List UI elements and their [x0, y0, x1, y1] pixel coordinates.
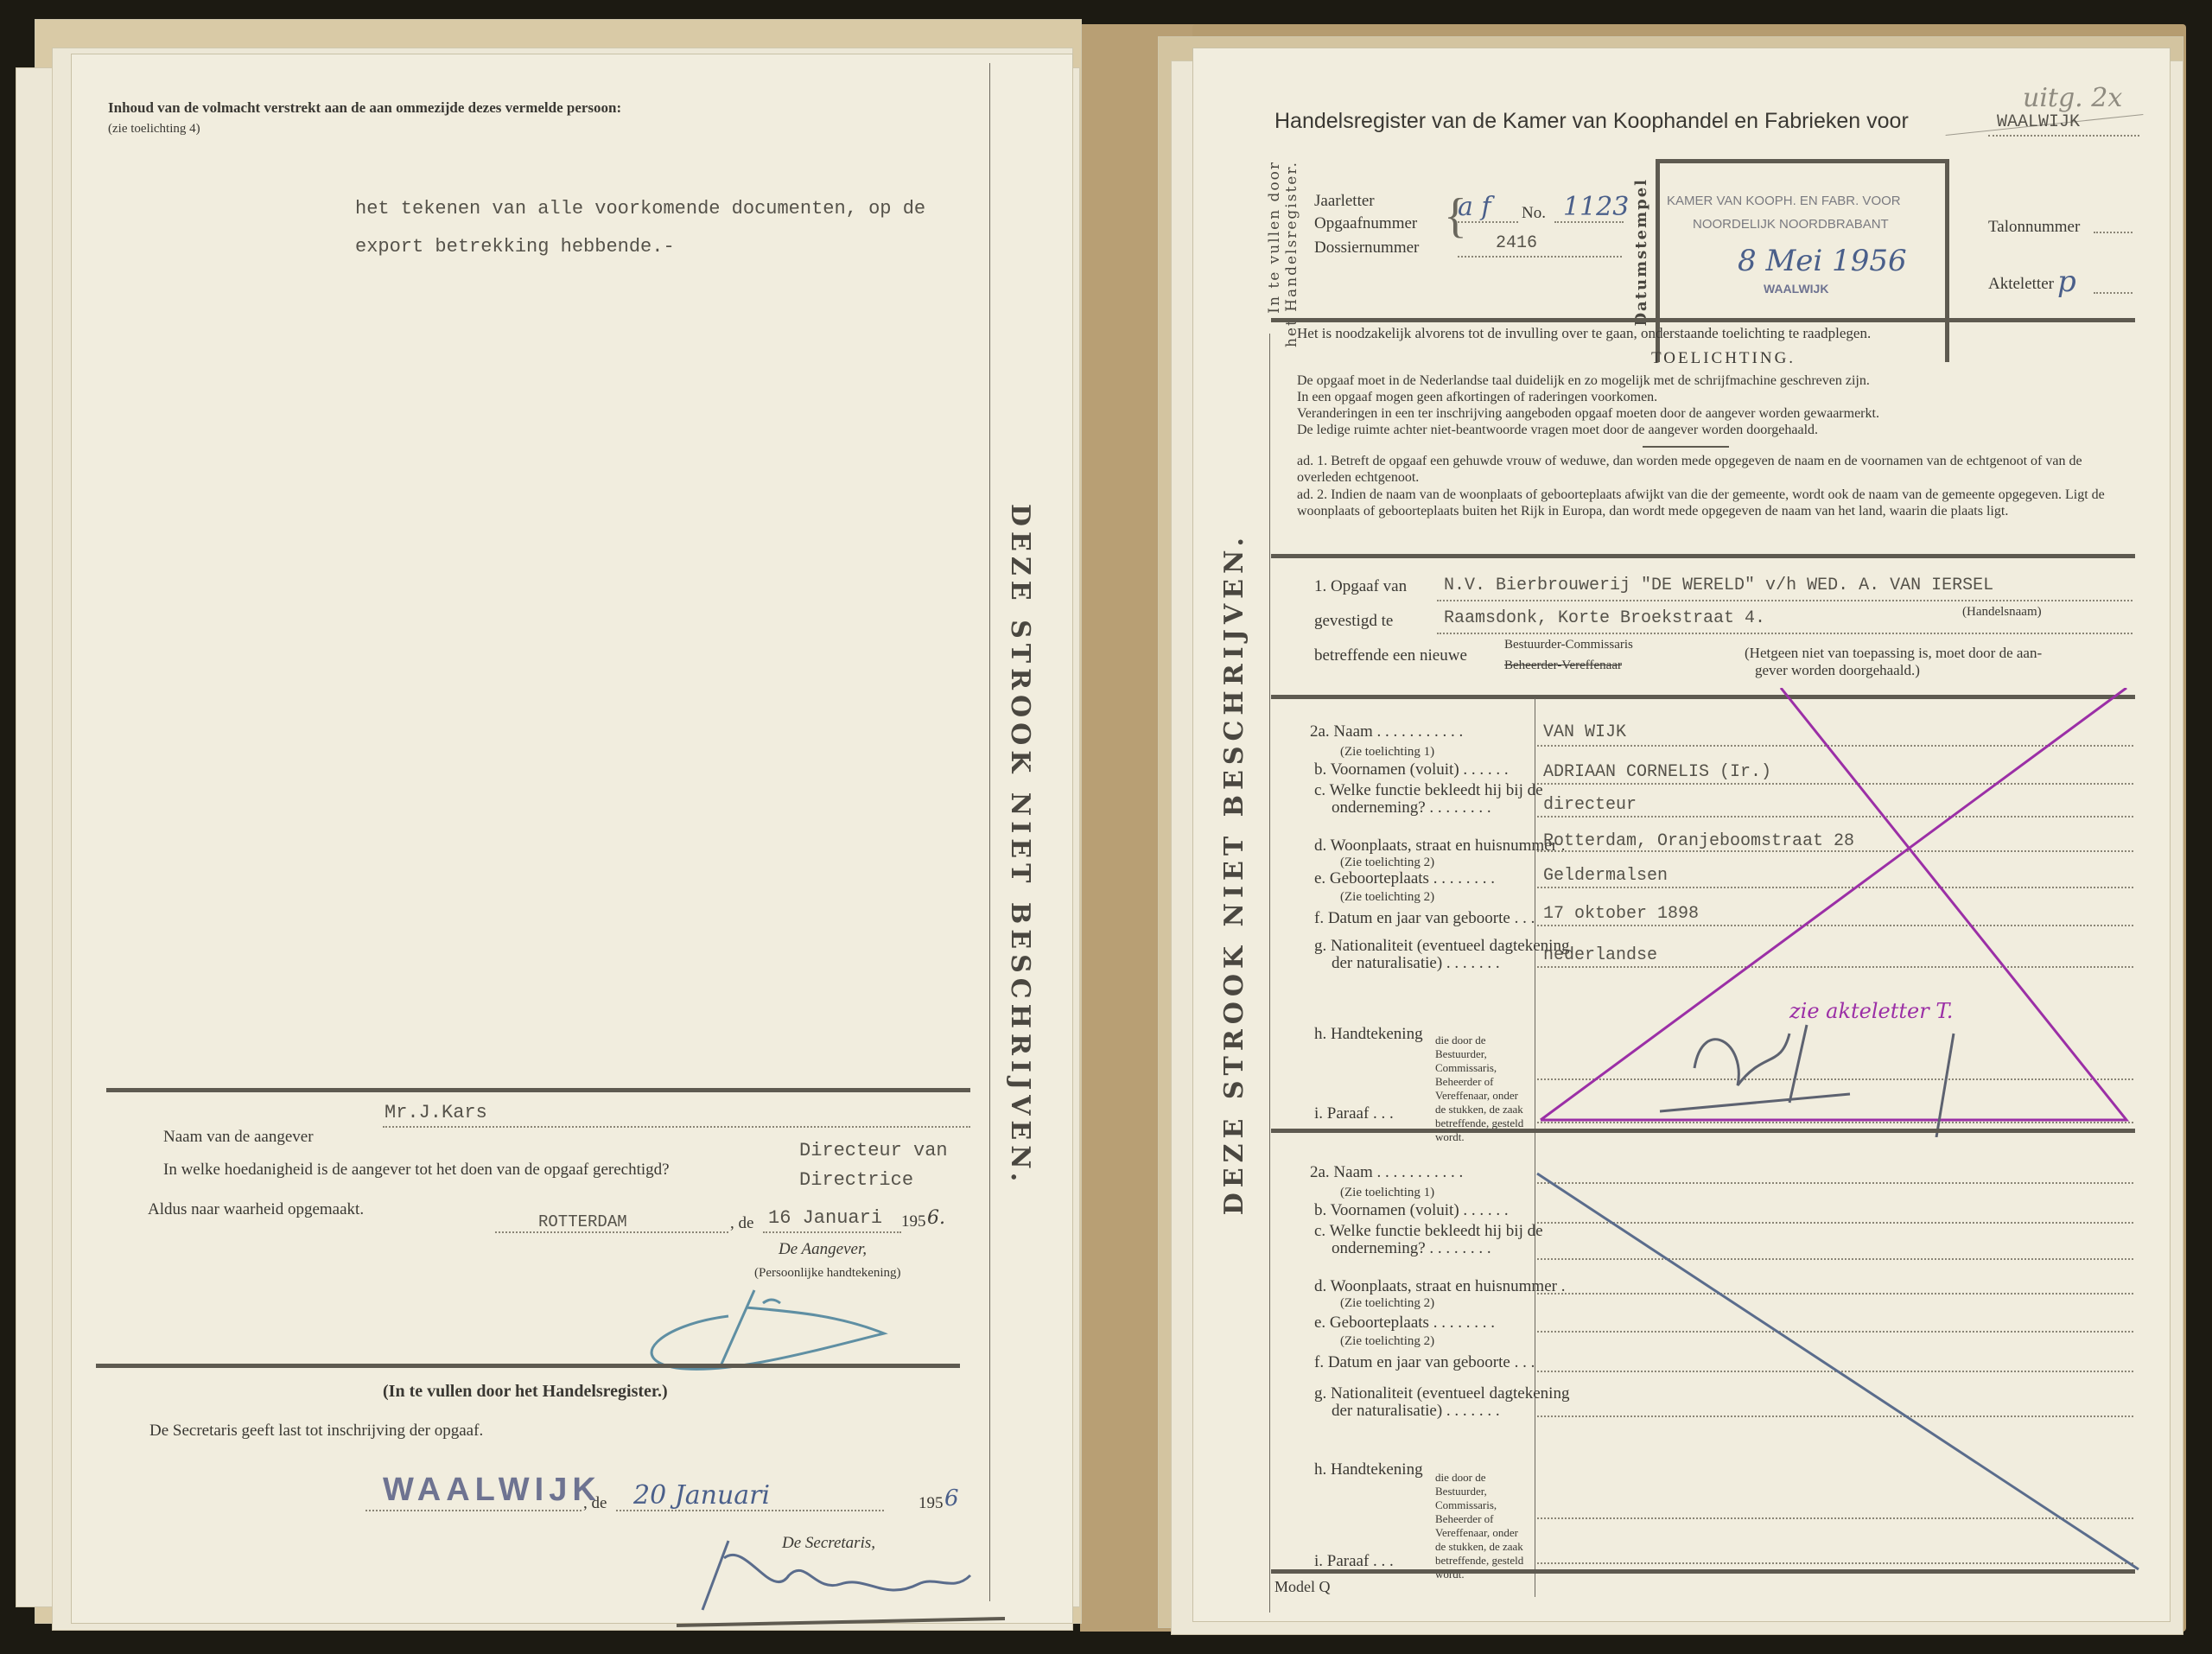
label-handtekening: h. Handtekening [1314, 1460, 1423, 1479]
dossiernummer-value: 2416 [1496, 233, 1537, 253]
label-naam-note: (Zie toelichting 1) [1340, 1186, 1434, 1200]
strip-warning: DEZE STROOK NIET BESCHRIJVEN. [1219, 532, 1249, 1215]
opgaaf-label: 1. Opgaaf van [1314, 577, 1407, 596]
registry-heading: (In te vullen door het Handelsregister.) [383, 1382, 668, 1402]
registry-year-prefix: 195 [918, 1494, 944, 1513]
toelichting-paragraph: De opgaaf moet in de Nederlandse taal du… [1297, 373, 1870, 389]
place-line [495, 1231, 728, 1233]
label-paraaf: i. Paraaf . . . [1314, 1104, 1394, 1123]
side-label-1: In te vullen door [1266, 161, 1283, 314]
handelsnaam-note: (Handelsnaam) [1962, 605, 2042, 620]
declaration-year-prefix: 195 [901, 1212, 926, 1231]
declarant-name-label: Naam van de aangever [163, 1128, 314, 1147]
label-functie-2: onderneming? . . . . . . . . [1332, 1239, 1491, 1258]
right-page: uitg. 2x Handelsregister van de Kamer va… [1192, 48, 2171, 1622]
opgaaf-value: N.V. Bierbrouwerij "DE WERELD" v/h WED. … [1444, 576, 1993, 595]
declarant-signature [625, 1282, 918, 1377]
label-nationaliteit: g. Nationaliteit (eventueel dagtekening [1314, 1384, 1569, 1403]
model-label: Model Q [1274, 1578, 1331, 1596]
left-page: Inhoud van de volmacht verstrekt aan de … [71, 54, 1073, 1624]
label-woonplaats-note: (Zie toelichting 2) [1340, 1296, 1434, 1311]
opgaafnummer-value: 1123 [1563, 192, 1629, 222]
label-naam: 2a. Naam . . . . . . . . . . . [1310, 1163, 1463, 1182]
opgaafnummer-label: Opgaafnummer [1314, 214, 1417, 233]
capacity-value-1: Directeur van [799, 1140, 948, 1161]
registry-place-line [365, 1510, 582, 1511]
stamp-date: 8 Mei 1956 [1738, 244, 1907, 278]
label-geboorteplaats-note: (Zie toelichting 2) [1340, 890, 1434, 905]
opgaaf-line [1437, 600, 2133, 601]
divider [1271, 1569, 2135, 1574]
declarant-name-line [383, 1126, 970, 1128]
gevestigd-line [1437, 633, 2133, 634]
label-woonplaats: d. Woonplaats, straat en huisnummer . [1314, 1277, 1565, 1296]
label-voornamen: b. Voornamen (voluit) . . . . . . [1314, 1201, 1509, 1220]
secretary-signature [642, 1524, 1005, 1627]
option-note-2: gever worden doorgehaald.) [1755, 662, 1920, 679]
label-geboortedatum: f. Datum en jaar van geboorte . . . [1314, 1353, 1535, 1372]
declaration-place: ROTTERDAM [538, 1212, 627, 1231]
label-naam: 2a. Naam . . . . . . . . . . . [1310, 722, 1463, 741]
label-nationaliteit-2: der naturalisatie) . . . . . . . [1332, 954, 1500, 973]
truth-statement: Aldus naar waarheid opgemaakt. [148, 1200, 364, 1219]
volmacht-note: (zie toelichting 4) [108, 122, 200, 137]
dossiernummer-label: Dossiernummer [1314, 239, 1419, 258]
capacity-value-2: Directrice [799, 1169, 913, 1191]
label-geboortedatum: f. Datum en jaar van geboorte . . . [1314, 909, 1535, 928]
label-geboorteplaats: e. Geboorteplaats . . . . . . . . [1314, 1314, 1495, 1333]
toelichting-paragraph: In een opgaaf mogen geen afkortingen of … [1297, 390, 1657, 405]
strip-border [989, 63, 990, 1601]
label-woonplaats-note: (Zie toelichting 2) [1340, 856, 1434, 870]
registry-year-suffix: 6 [944, 1485, 959, 1511]
jaarletter-value: a f [1458, 192, 1491, 222]
registry-date: 20 Januari [633, 1480, 770, 1511]
pencil-annotation: uitg. 2x [2023, 83, 2122, 113]
form-title: Handelsregister van de Kamer van Koophan… [1274, 109, 1909, 134]
gevestigd-label: gevestigd te [1314, 612, 1393, 631]
person1-cancel-cross [1522, 688, 2144, 1137]
label-functie-2: onderneming? . . . . . . . . [1332, 798, 1491, 817]
strip-warning: DEZE STROOK NIET BESCHRIJVEN. [1005, 504, 1035, 1186]
title-place: WAALWIJK [1997, 112, 2080, 132]
option-note-1: (Hetgeen niet van toepassing is, moet do… [1745, 645, 2042, 662]
akteletter-line [2094, 292, 2133, 294]
divider [1271, 554, 2135, 558]
date-line [763, 1231, 901, 1233]
toelichting-ad1: ad. 1. Betreft de opgaaf een gehuwde vro… [1297, 453, 2135, 486]
label-functie: c. Welke functie bekleedt hij bij de [1314, 1222, 1543, 1241]
de-label: , de [730, 1214, 753, 1233]
betreffende-label: betreffende een nieuwe [1314, 646, 1467, 665]
dossiernummer-line [1458, 256, 1622, 258]
toelichting-paragraph: Veranderingen in een ter inschrijving aa… [1297, 406, 1879, 422]
stamp-place: WAALWIJK [1764, 282, 1828, 296]
talonnummer-line [2094, 232, 2133, 233]
notice-text: Het is noodzakelijk alvorens tot de invu… [1297, 325, 1871, 342]
divider [96, 1364, 960, 1368]
person2-strike-line [1535, 1172, 2140, 1578]
capacity-label: In welke hoedanigheid is de aangever tot… [163, 1161, 670, 1180]
stamp-side-label: Datumstempel [1632, 178, 1650, 327]
label-handtekening-note: die door de Bestuurder, Commissaris, Beh… [1435, 1034, 1529, 1144]
toelichting-heading: TOELICHTING. [1651, 349, 1796, 368]
talonnummer-label: Talonnummer [1988, 218, 2080, 237]
stamp-line-1: KAMER VAN KOOPH. EN FABR. VOOR [1667, 194, 1901, 208]
divider [1271, 318, 2135, 322]
no-label: No. [1522, 204, 1546, 223]
stamp-line-2: NOORDELIJK NOORDBRABANT [1693, 217, 1889, 232]
label-paraaf: i. Paraaf . . . [1314, 1552, 1394, 1571]
gevestigd-value: Raamsdonk, Korte Broekstraat 4. [1444, 608, 1765, 628]
toelichting-ad2: ad. 2. Indien de naam van de woonplaats … [1297, 487, 2135, 519]
registry-de-label: , de [583, 1494, 607, 1513]
label-functie: c. Welke functie bekleedt hij bij de [1314, 781, 1543, 800]
akteletter-value: p [2057, 264, 2076, 299]
declarant-signer-note: (Persoonlijke handtekening) [754, 1266, 901, 1281]
label-voornamen: b. Voornamen (voluit) . . . . . . [1314, 760, 1509, 779]
registry-place-stamp: WAALWIJK [383, 1472, 601, 1509]
volmacht-title: Inhoud van de volmacht verstrekt aan de … [108, 99, 621, 117]
divider [106, 1088, 970, 1092]
declaration-year-suffix: 6. [927, 1207, 945, 1229]
divider [1271, 1129, 2135, 1133]
akteletter-label: Akteletter [1988, 275, 2054, 294]
label-geboorteplaats: e. Geboorteplaats . . . . . . . . [1314, 869, 1495, 888]
option-1: Bestuurder-Commissaris [1504, 638, 1633, 652]
strip-border [1269, 334, 1270, 1613]
toelichting-paragraph: De ledige ruimte achter niet-beantwoorde… [1297, 423, 1818, 438]
mandate-line-2: export betrekking hebbende.- [355, 236, 675, 258]
declaration-date: 16 Januari [768, 1207, 882, 1229]
label-nationaliteit-2: der naturalisatie) . . . . . . . [1332, 1402, 1500, 1421]
declarant-name-value: Mr.J.Kars [385, 1102, 487, 1123]
declarant-signer-label: De Aangever, [779, 1240, 867, 1259]
label-naam-note: (Zie toelichting 1) [1340, 745, 1434, 760]
label-handtekening-note: die door de Bestuurder, Commissaris, Beh… [1435, 1471, 1529, 1581]
separator [1643, 446, 1729, 448]
mandate-line-1: het tekenen van alle voorkomende documen… [355, 198, 925, 219]
label-handtekening: h. Handtekening [1314, 1025, 1423, 1044]
registry-instruction: De Secretaris geeft last tot inschrijvin… [149, 1422, 483, 1441]
label-geboorteplaats-note: (Zie toelichting 2) [1340, 1334, 1434, 1349]
option-2-struck: Beheerder-Vereffenaar [1504, 658, 1622, 673]
title-place-line [1988, 135, 2139, 137]
jaarletter-line [1458, 221, 1518, 223]
jaarletter-label: Jaarletter [1314, 192, 1375, 211]
